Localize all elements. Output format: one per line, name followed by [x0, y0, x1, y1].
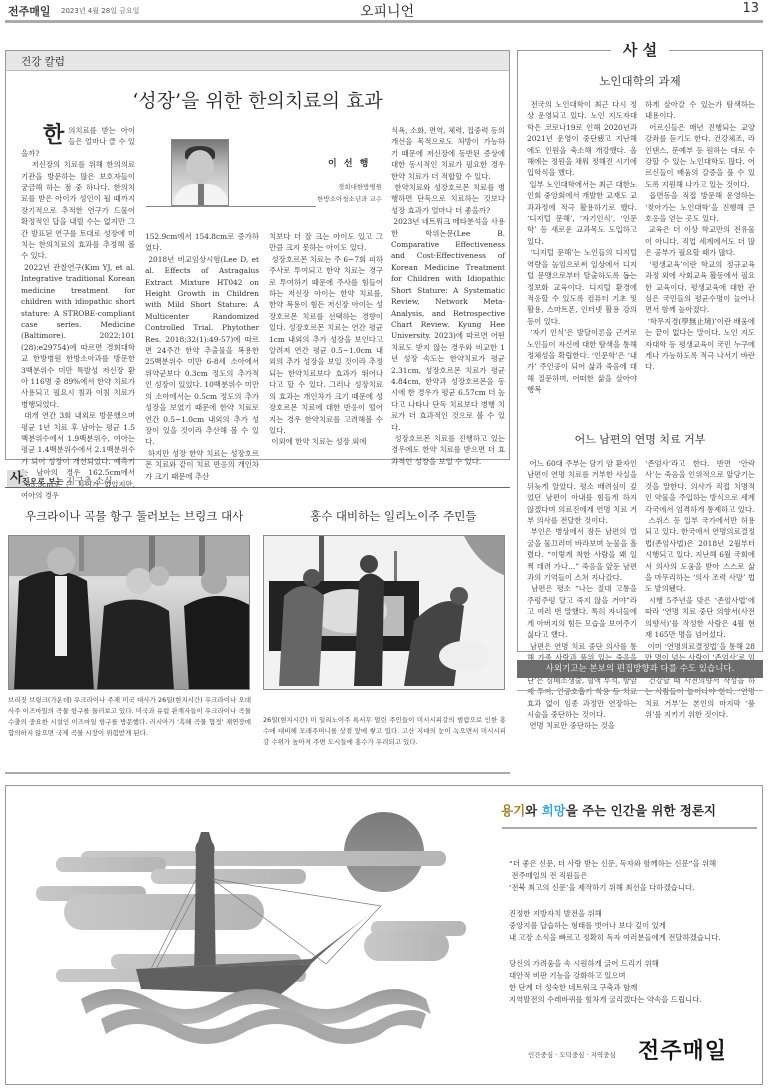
column-label: 건강 칼럼	[21, 54, 65, 69]
photo-news-section: 사 진으로 보는 지구촌 소식 우크라이나 곡물 항구 둘러보는 브링크 대사 …	[5, 470, 510, 773]
ad-paragraph-2: 진정한 지방자치 발전을 위해 중앙지를 답습하는 형태를 벗어나 보다 깊이 …	[509, 908, 721, 944]
photo-headline-1: 우크라이나 곡물 항구 둘러보는 브링크 대사	[25, 508, 243, 524]
header-divider	[5, 20, 763, 23]
photo-illinois-flood	[263, 535, 505, 690]
article-text: 의치료를 받는 아이들은 얼마나 클 수 있을까? 저신장의 치료를 위해 한의…	[21, 125, 135, 501]
photo-headline-2: 홍수 대비하는 일리노이주 주민들	[310, 508, 477, 524]
divider	[517, 690, 763, 691]
section-title: 진으로 보는 지구촌 소식	[22, 474, 113, 487]
ad-paragraph-1: “더 좋은 신문, 더 사랑 받는 신문, 독자와 함께하는 신문”을 위해 전…	[509, 858, 716, 894]
article-column-2: 152.9cm에서 154.8cm로 증가하였다. 2018년 비교임상시험(L…	[145, 231, 259, 482]
photo-news-header: 사 진으로 보는 지구촌 소식	[5, 470, 510, 488]
photo-ukraine-port	[8, 535, 250, 690]
ship-illustration	[26, 804, 476, 1054]
editorial-box: 사 설 노인대학의 과제 전국의 노인대학이 최근 다시 정상 운영되고 있다.…	[517, 50, 763, 652]
ad-paragraph-3: 당신의 가려움을 속 시원하게 긁어 드리기 위해 대안적 비판 기능을 강화하…	[509, 958, 702, 1006]
divider	[5, 772, 510, 774]
column-label-bar: 건강 칼럼	[6, 51, 509, 71]
editorial-1-title: 노인대학의 과제	[518, 73, 762, 89]
ad-slogan: 용기와 희망을 주는 인간을 위한 정론지	[501, 801, 716, 819]
photo-caption-2: 26일(현지시간) 미 일리노이주 록서무 멀린 주민들이 미시시피강의 범람으…	[263, 715, 506, 748]
author-name: 이 선 행	[328, 156, 370, 169]
author-photo	[171, 139, 229, 206]
author-divider	[146, 206, 316, 207]
slogan-divider	[502, 827, 757, 829]
editorial-1-column-1: 전국의 노인대학이 최근 다시 정상 운영되고 있다. 노인 지도자대학은 코로…	[527, 99, 637, 396]
section-title: 오피니언	[360, 1, 414, 21]
disclaimer-banner: 사외기고는 본보의 편집방향과 다를 수도 있습니다.	[517, 660, 763, 678]
issue-date: 2023년 4월 28일 금요일	[61, 6, 139, 16]
health-column: 건강 칼럼 ‘성장’을 위한 한의치료의 효과 한 의치료를 받는 아이들은 얼…	[5, 50, 510, 460]
author-affiliation: 경희대한방병원 한방소아청소년과 교수	[286, 181, 382, 205]
affiliation-line: 한방소아청소년과 교수	[286, 193, 382, 205]
newspaper-promo-ad: 용기와 희망을 주는 인간을 위한 정론지 “더 좋은 신문, 더 사랑 받는 …	[5, 785, 763, 1085]
editorial-2-column-2: ‘존엄사’라고 한다. 반면 ‘안락사’는 죽음을 인위적으로 앞당기는 것을 …	[645, 458, 755, 720]
affiliation-line: 경희대한방병원	[286, 181, 382, 193]
article-headline: ‘성장’을 위한 한의치료의 효과	[6, 86, 509, 113]
drop-cap: 한	[43, 125, 64, 145]
editorial-1-column-2: 하게 살아갈 수 있는가 탐색하는 내용이다. 어르신들은 매년 진행되는 교양…	[645, 99, 755, 373]
page-number: 13	[742, 1, 759, 16]
page-header: 전주매일 2023년 4월 28일 금요일 오피니언 13	[5, 0, 763, 22]
photo-caption-1: 브리짓 브링크(가운데) 우크라이나 주재 미국 대사가 26일(현지시간) 우…	[8, 695, 251, 739]
article-column-4: 식욕, 소화, 면역, 체력, 집중력 등의 개선을 목적으로도 처방이 가능하…	[391, 125, 505, 467]
article-column-1: 한 의치료를 받는 아이들은 얼마나 클 수 있을까? 저신장의 치료를 위해 …	[21, 125, 135, 501]
editorial-label: 사 설	[518, 39, 762, 60]
paper-logo: 전주매일	[638, 1034, 727, 1065]
article-column-3: 치보다 더 잘 크는 아이도 있고 그만큼 크지 못하는 아이도 있다. 성장호…	[269, 231, 383, 448]
paper-name: 전주매일	[8, 3, 51, 19]
editorial-2-title: 어느 남편의 연명 치료 거부	[518, 431, 762, 447]
ad-tagline: 인간중심 · 도덕중심 · 지역중심	[528, 1050, 616, 1059]
